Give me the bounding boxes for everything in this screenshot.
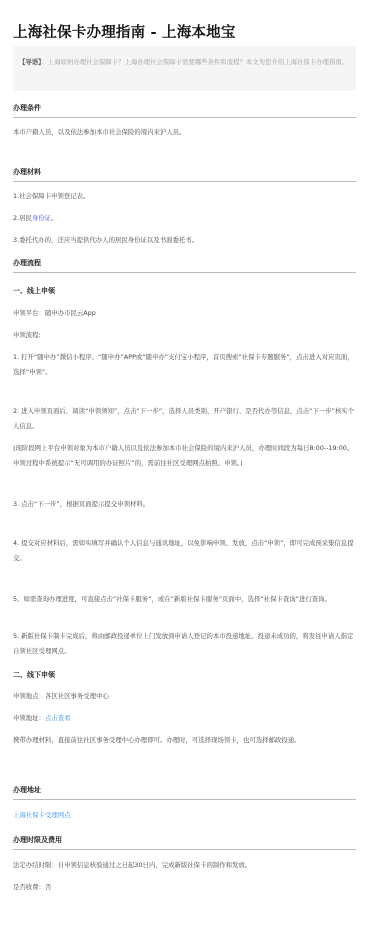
section-heading-process: 办理流程 (13, 258, 356, 268)
section-divider (13, 272, 356, 273)
section-divider (13, 181, 356, 182)
view-address-link[interactable]: 点击查看 (45, 714, 71, 722)
section-heading-conditions: 办理条件 (13, 103, 356, 113)
material-item: 2.居民身份证。 (13, 211, 356, 226)
material-item: 1.社会保障卡申领登记表。 (13, 189, 356, 204)
service-outlets-link[interactable]: 上海社保卡受理网点 (13, 811, 71, 819)
online-heading: 一、线上申领 (13, 286, 55, 296)
section-heading-materials: 办理材料 (13, 167, 356, 177)
section-divider (13, 849, 356, 850)
online-step: 1. 打开“随申办”微信小程序、“随申办”APP或“随申办”支付宝小程序，首页搜… (13, 350, 356, 380)
online-step: 3. 点击“下一步”，根据页面提示提交申领材料。 (13, 497, 356, 512)
material-item: 3.委托代办的，还应当提供代办人的居民身份证以及书面委托书。 (13, 233, 356, 248)
online-step: 4. 提交对应材料后，需如实填写并确认个人信息与通讯地址，以免影响申领、发放，点… (13, 536, 356, 566)
address-line: 上海社保卡受理网点 (13, 808, 356, 823)
time-limit-text: 法定办结时限：自申领信息核验通过之日起30日内，完成新版社保卡的制作和发放。 (13, 858, 356, 873)
id-card-link[interactable]: 身份证 (32, 214, 51, 222)
intro-box: 【导语】：上海如何办理社会保障卡？上海办理社会保障卡需要哪些条件和流程？本文为您… (13, 46, 356, 91)
offline-note: 携带办理材料，直接前往社区事务受理中心办理即可。办理时，可选择现场领卡，也可选择… (13, 733, 356, 748)
online-note: (现阶段网上平台申领对象为本市户籍人员以及依法参加本市社会保险的境内来沪人员，办… (13, 441, 356, 471)
intro-lead: 【导语】 (19, 58, 41, 66)
section-divider (13, 117, 356, 118)
offline-location: 申领地点：各区社区事务受理中心 (13, 689, 356, 704)
fee-text: 是否收费：否 (13, 880, 356, 895)
offline-heading: 二、线下申领 (13, 670, 55, 680)
material-prefix: 2.居民 (13, 214, 32, 222)
online-step: 2. 进入申领页面后，阅读“申领须知”，点击“下一步”，选择人员类别、开户银行、… (13, 404, 356, 434)
online-step: 5. 新版社保卡制卡完成后，将由邮政投递单位上门发放到申请人登记的本市投递地址。… (13, 629, 356, 659)
section-divider (13, 799, 356, 800)
offline-address-label: 申领地址： (13, 714, 45, 722)
online-step: 5、如需查询办理进度，可直接点击“社保卡服务”，或在“新版社保卡服务”页面中，选… (13, 592, 356, 607)
section-heading-address: 办理地址 (13, 785, 356, 795)
offline-address: 申领地址：点击查看 (13, 711, 356, 726)
online-platform: 申领平台：随申办市民云App (13, 306, 356, 321)
material-suffix: 。 (51, 214, 57, 222)
flow-label: 申领流程: (13, 328, 356, 343)
intro-text: ：上海如何办理社会保障卡？上海办理社会保障卡需要哪些条件和流程？本文为您介绍上海… (41, 58, 348, 66)
section-heading-time-fee: 办理时限及费用 (13, 835, 356, 845)
page-title: 上海社保卡办理指南 - 上海本地宝 (13, 21, 356, 42)
conditions-text: 本市户籍人员，以及依法参加本市社会保险的境内来沪人员。 (13, 125, 356, 140)
